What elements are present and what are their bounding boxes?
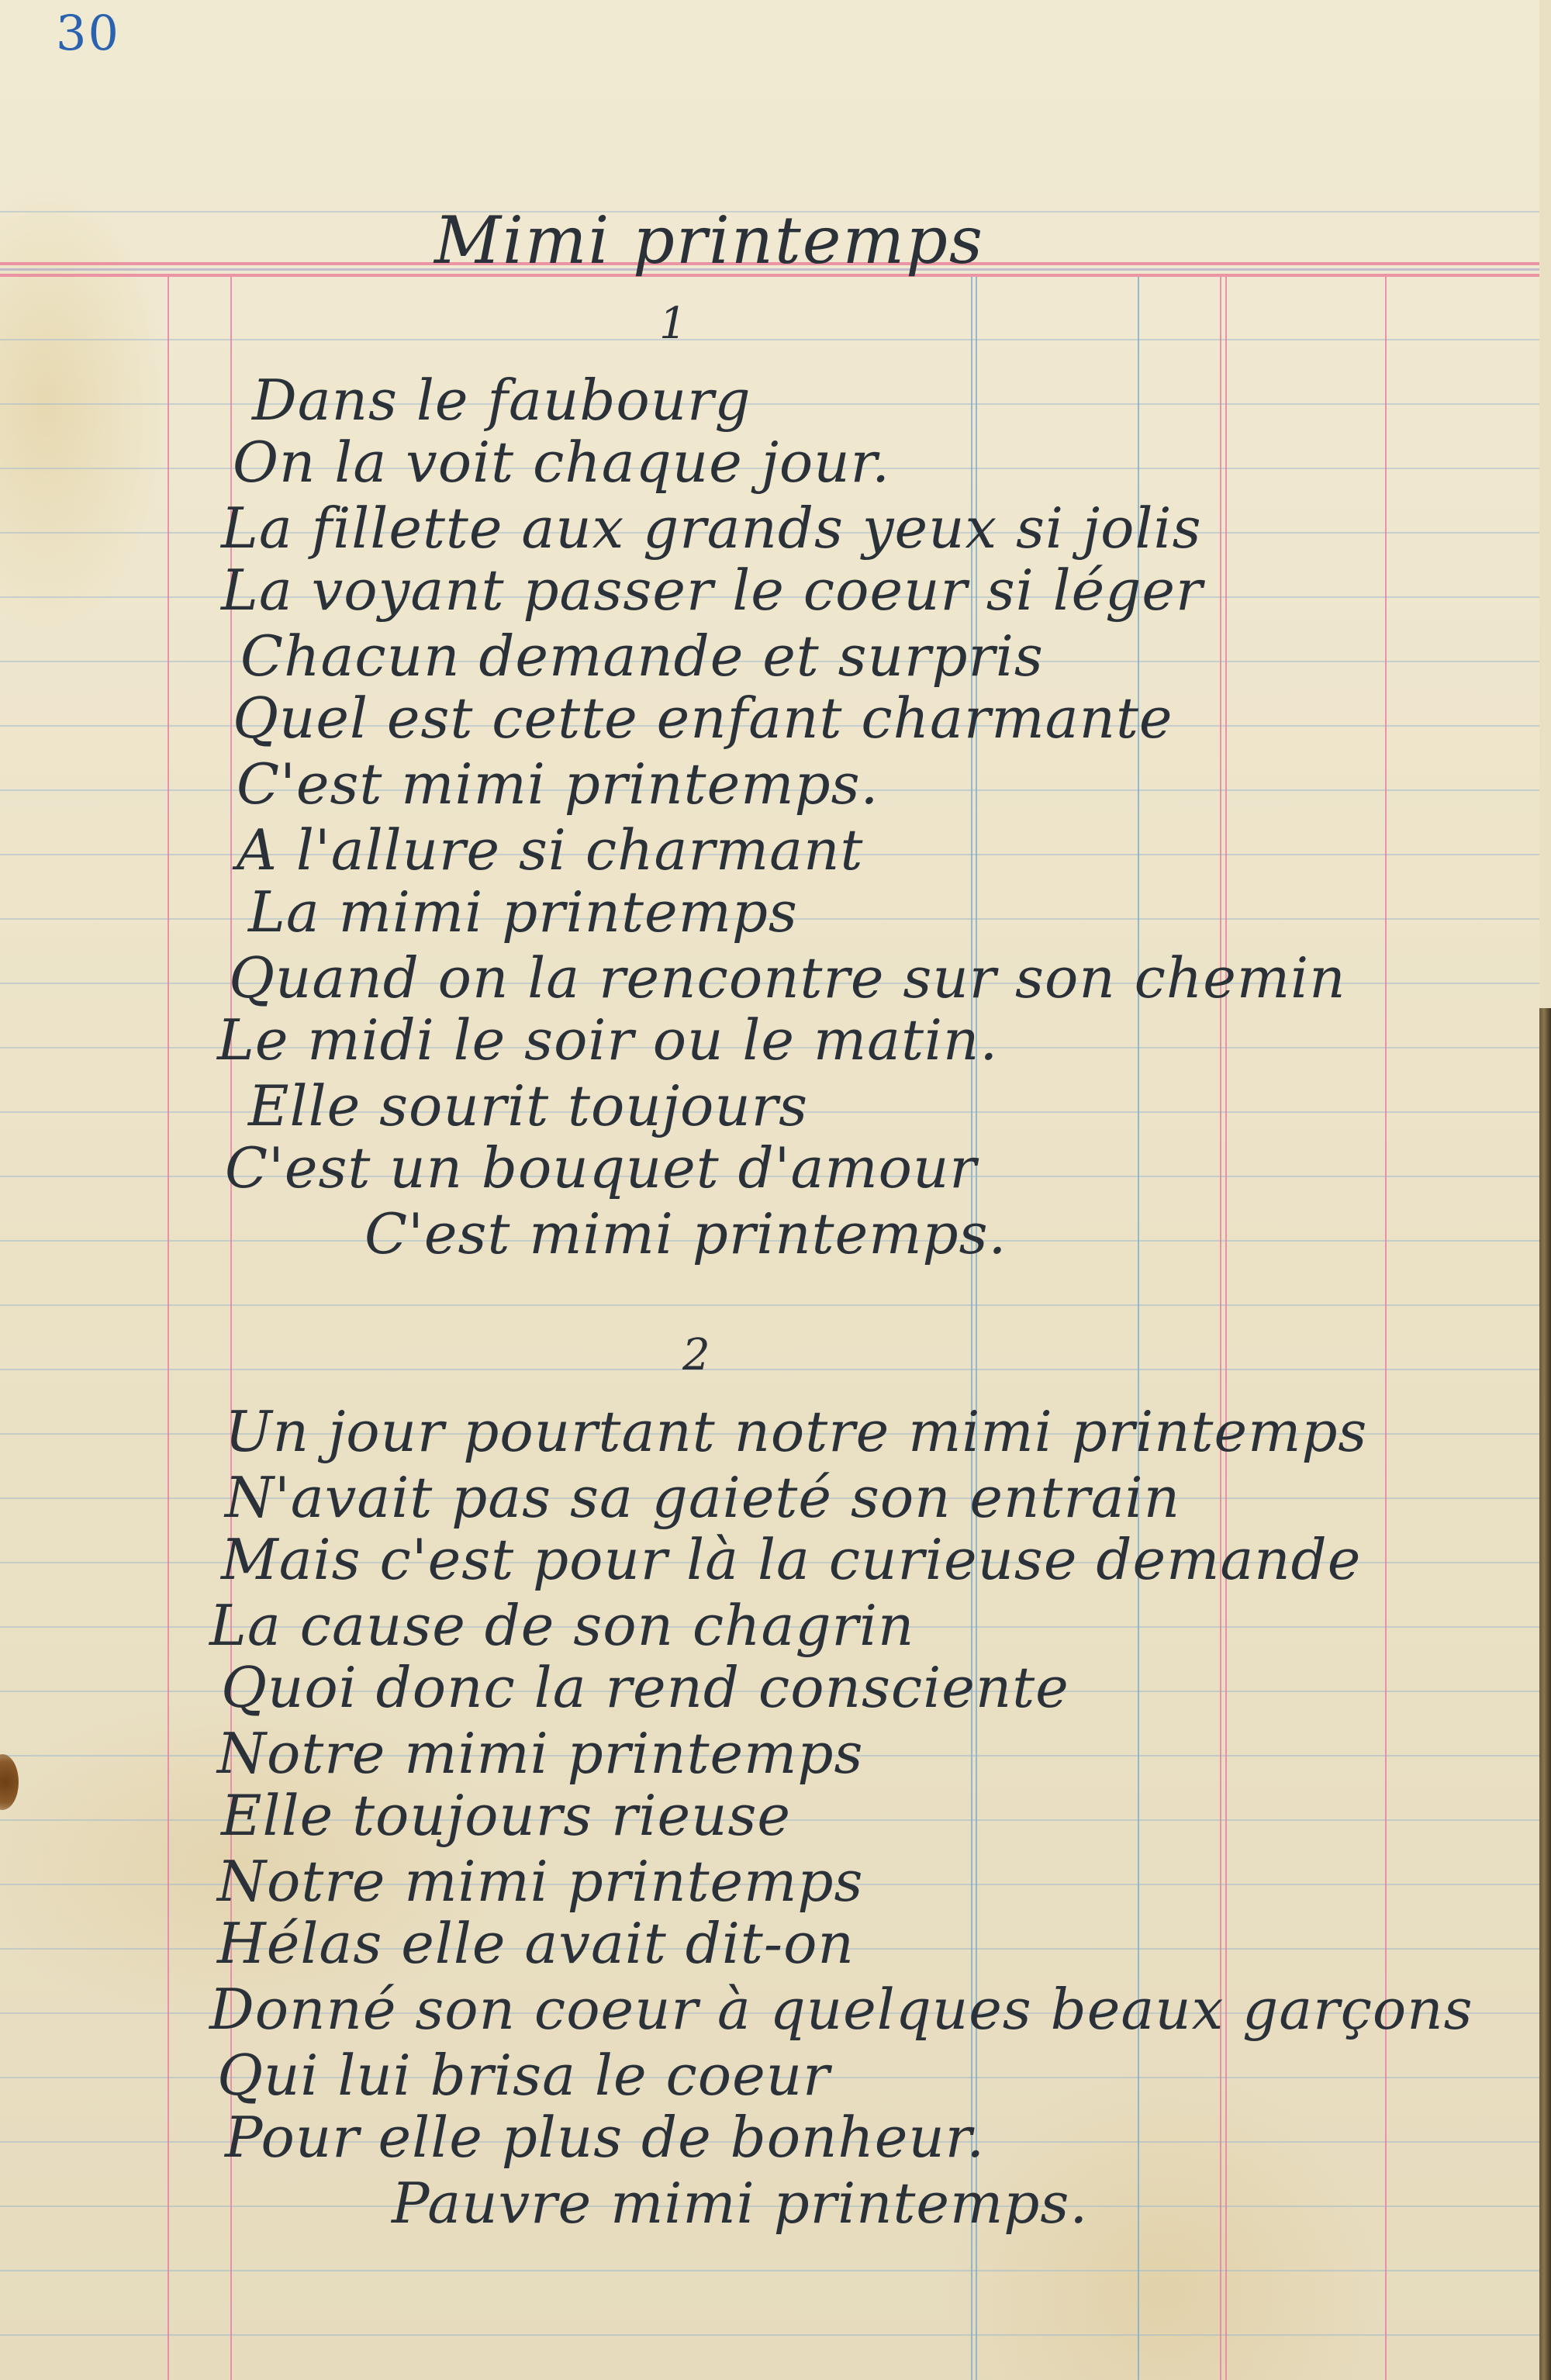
lyric-line: Elle toujours rieuse (221, 1788, 791, 1843)
lyric-line: Notre mimi printemps (217, 1853, 863, 1909)
verse-marker-1: 1 (659, 302, 687, 346)
column-rule-pink-2 (1385, 277, 1387, 2380)
lyric-line: Qui lui brisa le coeur (217, 2047, 831, 2103)
lyric-line: N'avait pas sa gaieté son entrain (225, 1470, 1180, 1525)
lyric-line: Quand on la rencontre sur son chemin (229, 950, 1346, 1006)
lyric-line: La fillette aux grands yeux si jolis (221, 500, 1202, 556)
lyric-line: La voyant passer le coeur si léger (221, 562, 1203, 618)
lyric-line: C'est mimi printemps. (237, 756, 879, 812)
column-rule-pink-1a (1220, 277, 1221, 2380)
lyric-line: Elle sourit toujours (248, 1078, 808, 1134)
margin-rule-left (168, 277, 169, 2380)
lyric-line: Donné son coeur à quelques beaux garçons (209, 1981, 1473, 2037)
lyric-line: La cause de son chagrin (209, 1598, 914, 1653)
lyric-line: On la voit chaque jour. (233, 434, 890, 490)
page-edge-top (1539, 0, 1551, 1008)
lyric-line: C'est un bouquet d'amour (225, 1140, 977, 1196)
lyric-line: Notre mimi printemps (217, 1725, 863, 1781)
lyric-line: A l'allure si charmant (237, 822, 863, 878)
verse-marker-2: 2 (682, 1334, 710, 1377)
lyric-line: Chacun demande et surpris (240, 628, 1044, 684)
lyric-line: Dans le faubourg (252, 372, 751, 428)
lyric-line: Pour elle plus de bonheur. (225, 2109, 985, 2165)
lyric-line: Pauvre mimi printemps. (392, 2175, 1088, 2231)
lyric-line: Un jour pourtant notre mimi printemps (225, 1404, 1367, 1459)
page-number: 30 (56, 5, 120, 61)
lyric-line: Quoi donc la rend consciente (221, 1660, 1069, 1715)
song-title: Mimi printemps (434, 208, 984, 273)
column-rule-pink-1b (1225, 277, 1227, 2380)
lyric-line: Mais c'est pour là la curieuse demande (221, 1532, 1361, 1587)
lyric-line: Le midi le soir ou le matin. (217, 1012, 998, 1068)
lyric-line: C'est mimi printemps. (364, 1206, 1007, 1262)
lyric-line: Quel est cette enfant charmante (233, 690, 1173, 746)
lyric-line: Hélas elle avait dit-on (217, 1915, 855, 1971)
lyric-line: La mimi printemps (248, 884, 798, 940)
